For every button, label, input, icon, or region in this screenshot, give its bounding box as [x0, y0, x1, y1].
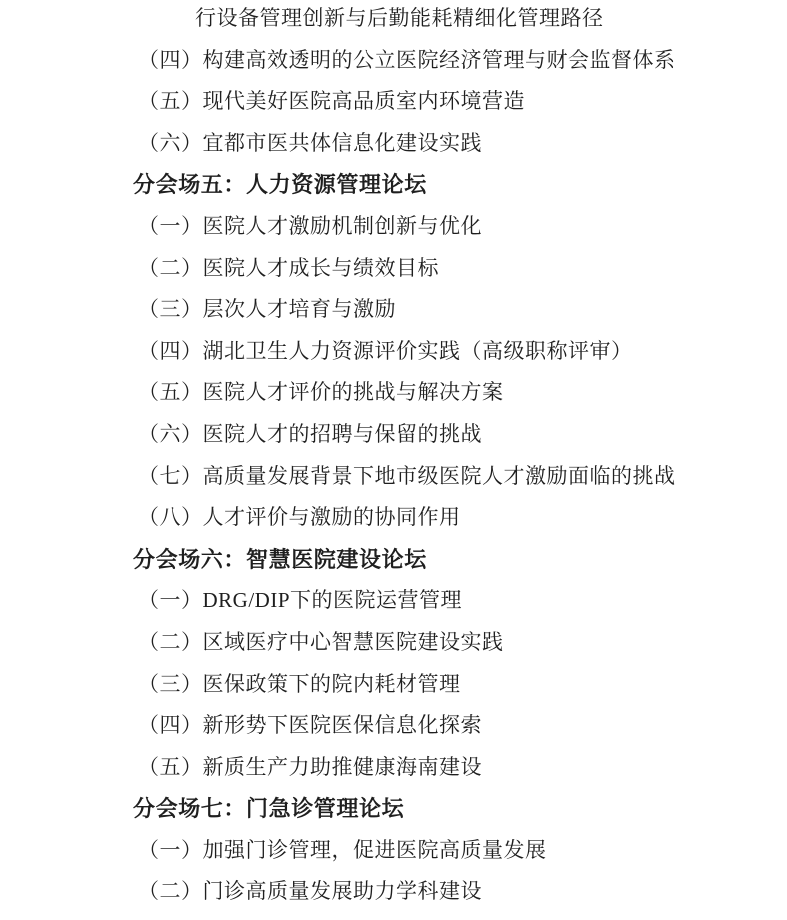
agenda-item: （四）构建高效透明的公立医院经济管理与财会监督体系 [138, 40, 757, 82]
agenda-item: （一）加强门诊管理，促进医院高质量发展 [138, 830, 757, 872]
agenda-item: （八）人才评价与激励的协同作用 [138, 497, 757, 539]
continuation-line: 行设备管理创新与后勤能耗精细化管理路径 [195, 0, 757, 40]
agenda-item: （三）层次人才培育与激励 [138, 289, 757, 331]
section-heading-forum-5: 分会场五：人力资源管理论坛 [133, 164, 757, 206]
agenda-item: （四）湖北卫生人力资源评价实践（高级职称评审） [138, 331, 757, 373]
agenda-item: （五）现代美好医院高品质室内环境营造 [138, 81, 757, 123]
agenda-item: （六）宜都市医共体信息化建设实践 [138, 123, 757, 165]
agenda-item: （六）医院人才的招聘与保留的挑战 [138, 414, 757, 456]
agenda-item: （二）门诊高质量发展助力学科建设 [138, 871, 757, 913]
agenda-item: （四）新形势下医院医保信息化探索 [138, 705, 757, 747]
agenda-item: （一）医院人才激励机制创新与优化 [138, 206, 757, 248]
section-heading-forum-7: 分会场七：门急诊管理论坛 [133, 788, 757, 830]
section-heading-forum-6: 分会场六：智慧医院建设论坛 [133, 539, 757, 581]
agenda-item: （七）高质量发展背景下地市级医院人才激励面临的挑战 [138, 456, 757, 498]
agenda-item: （二）医院人才成长与绩效目标 [138, 248, 757, 290]
agenda-item: （五）医院人才评价的挑战与解决方案 [138, 372, 757, 414]
agenda-item: （三）医保政策下的院内耗材管理 [138, 664, 757, 706]
agenda-item: （二）区域医疗中心智慧医院建设实践 [138, 622, 757, 664]
agenda-item: （一）DRG/DIP下的医院运营管理 [138, 580, 757, 622]
document-page: 行设备管理创新与后勤能耗精细化管理路径 （四）构建高效透明的公立医院经济管理与财… [0, 0, 787, 918]
agenda-item: （五）新质生产力助推健康海南建设 [138, 747, 757, 789]
